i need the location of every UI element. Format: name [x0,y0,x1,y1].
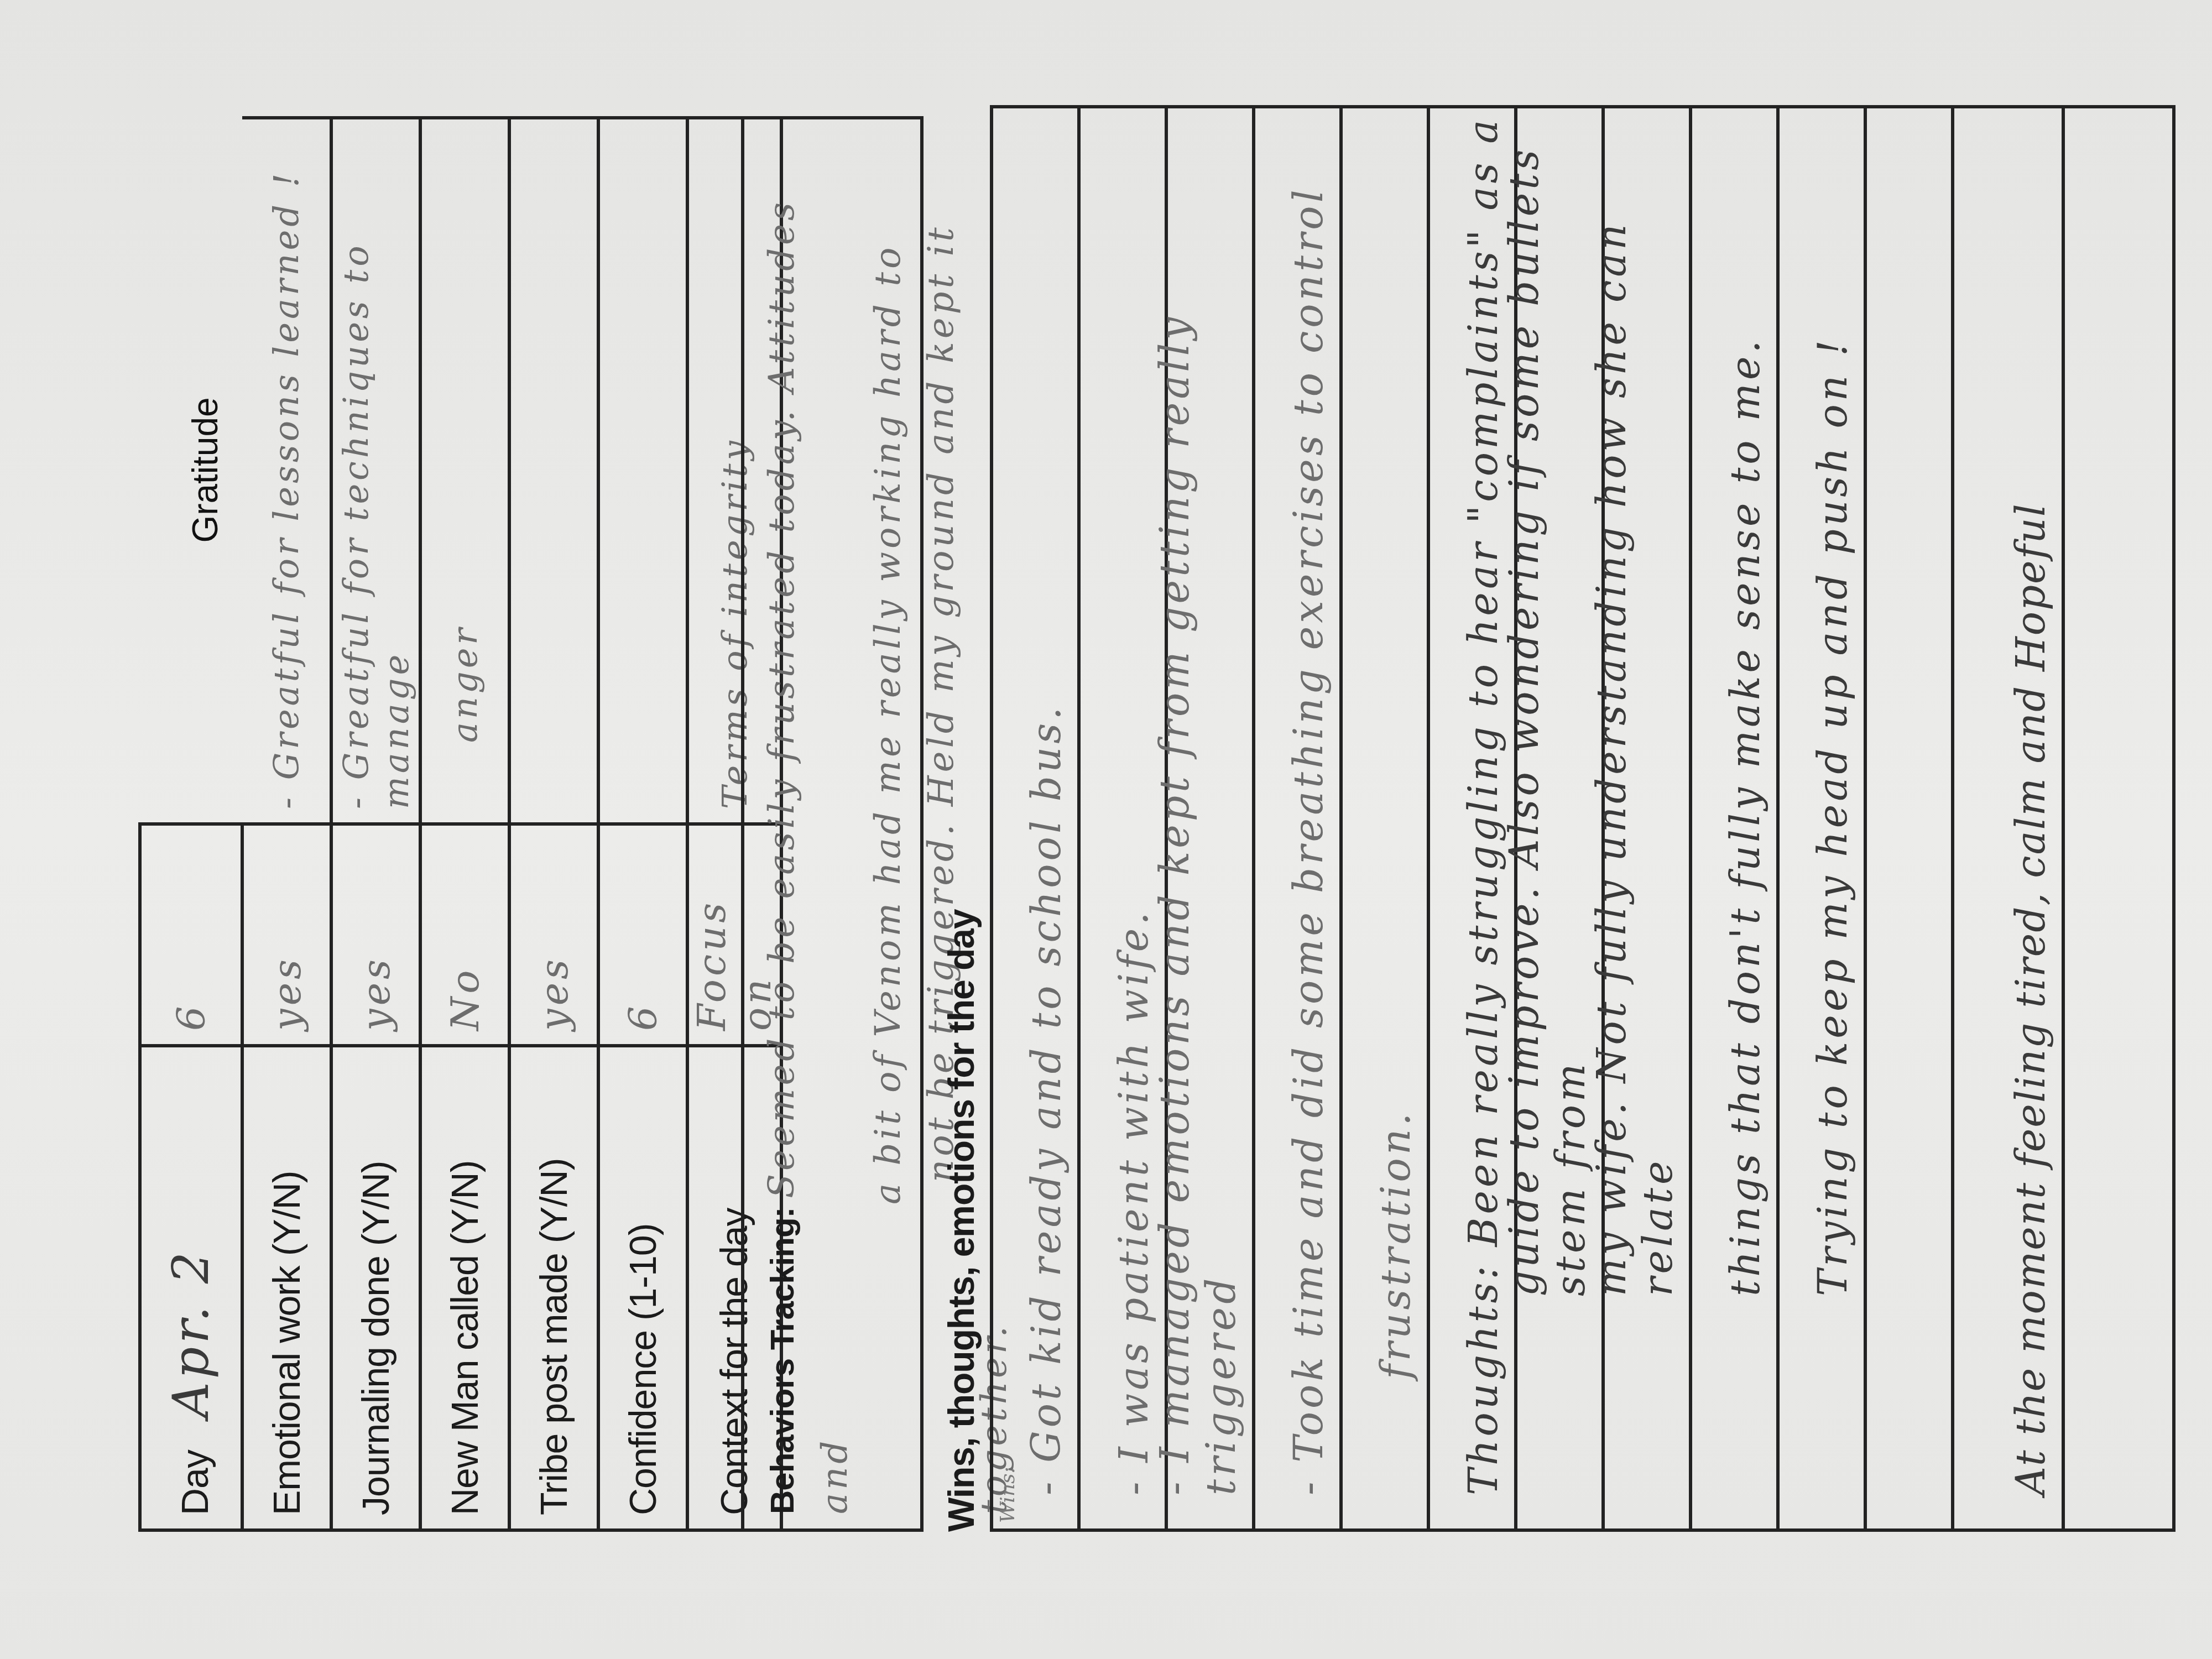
wins-label: Wins: [997,1467,1019,1523]
day-number-cell: 6 [140,824,242,1046]
gratitude-entry: - Greatful for techniques to manage [336,242,416,809]
tracker-row: New Man called (Y/N) No anger [420,118,509,1530]
day-cell: Day Apr. 2 [140,1046,242,1530]
row-label: Tribe post made (Y/N) [509,1046,598,1530]
journal-line: Wins: - Got kid ready and to school bus. [993,108,1081,1528]
journal-line [1867,108,1954,1528]
journal-line: frustration. [1343,108,1430,1528]
journal-line: - Took time and did some breathing exerc… [1255,108,1343,1528]
row-label: Confidence (1-10) [598,1046,687,1530]
row-label: New Man called (Y/N) [420,1046,509,1530]
journal-line: At the moment feeling tired, calm and Ho… [1954,108,2065,1528]
day-value: Apr. 2 [162,1249,220,1418]
tracker-row: Confidence (1-10) 6 [598,118,687,1530]
row-value: yes [264,956,310,1031]
journal-line: Trying to keep my head up and push on ! [1780,108,1867,1528]
day-number: 6 [169,1003,214,1031]
tracker-row: Tribe post made (Y/N) yes [509,118,598,1530]
row-label: Journaling done (Y/N) [331,1046,420,1530]
behaviors-line: a bit of Venom had me really working har… [868,244,909,1204]
row-value: yes [353,956,399,1031]
behaviors-label: Behaviors Tracking: [764,1207,801,1514]
gratitude-entry: anger [445,625,485,743]
journal-line: my wife. Not fully understanding how she… [1605,108,1692,1528]
gratitude-entry: - Greatful for lessons learned ! [266,170,306,809]
journal-page: Day Apr. 2 6 Gratitude Emotional work (Y… [0,0,2212,1659]
tracker-row: Emotional work (Y/N) yes - Greatful for … [242,118,331,1530]
journal-line: - I managed emotions and kept from getti… [1168,108,1255,1528]
row-label: Emotional work (Y/N) [242,1046,331,1530]
behaviors-tracking-box: Behaviors Tracking: Seemed to be easily … [741,116,924,1532]
row-value: No [442,967,488,1030]
journal-lines: Wins: - Got kid ready and to school bus.… [990,105,2176,1532]
journal-line: things that don't fully make sense to me… [1692,108,1780,1528]
day-label: Day [174,1450,216,1515]
journal-line [2065,108,2176,1528]
tracker-row: Journaling done (Y/N) yes - Greatful for… [331,118,420,1530]
row-value: 6 [620,1003,666,1031]
row-value: yes [531,956,577,1031]
daily-tracker-table: Day Apr. 2 6 Gratitude Emotional work (Y… [138,116,783,1532]
gratitude-header: Gratitude [140,118,242,824]
wins-section-title: Wins, thoughts, emotions for the day [940,909,982,1532]
day-row: Day Apr. 2 6 Gratitude [140,118,242,1530]
